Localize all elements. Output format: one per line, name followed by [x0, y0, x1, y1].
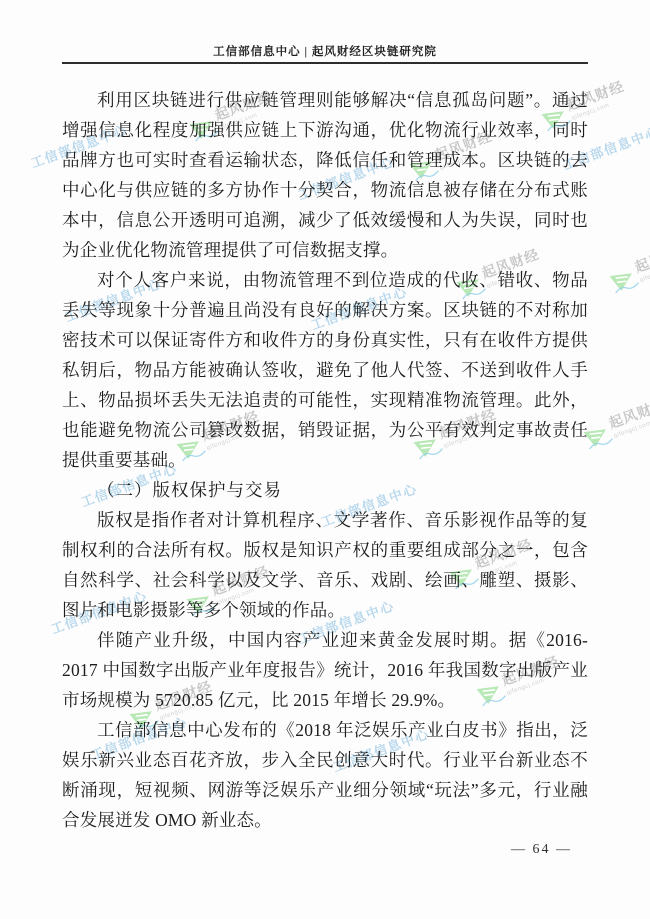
document-page: 工信部信息中心工信部信息中心工信部信息中心工信部信息中心工信部信息中心工信部信息…	[0, 0, 650, 919]
section-heading-copyright: （二）版权保护与交易	[62, 475, 588, 505]
paragraph-pan-entertainment: 工信部信息中心发布的《2018 年泛娱乐产业白皮书》指出，泛娱乐新兴业态百花齐放…	[62, 715, 588, 835]
paragraph-personal-logistics: 对个人客户来说，由物流管理不到位造成的代收、错收、物品丢失等现象十分普遍且尚没有…	[62, 265, 588, 475]
page-content: 工信部信息中心 | 起风财经区块链研究院 利用区块链进行供应链管理则能够解决“信…	[0, 0, 650, 858]
paragraph-copyright-definition: 版权是指作者对计算机程序、文学著作、音乐影视作品等的复制权利的合法所有权。版权是…	[62, 505, 588, 625]
header-rule	[62, 62, 588, 64]
paragraph-supply-chain: 利用区块链进行供应链管理则能够解决“信息孤岛问题”。通过增强信息化程度加强供应链…	[62, 85, 588, 265]
body-text: 利用区块链进行供应链管理则能够解决“信息孤岛问题”。通过增强信息化程度加强供应链…	[62, 85, 588, 835]
paragraph-digital-publishing-stats: 伴随产业升级，中国内容产业迎来黄金发展时期。据《2016-2017 中国数字出版…	[62, 625, 588, 715]
page-header-title: 工信部信息中心 | 起风财经区块链研究院	[0, 0, 650, 59]
page-number: — 64 —	[0, 842, 572, 858]
